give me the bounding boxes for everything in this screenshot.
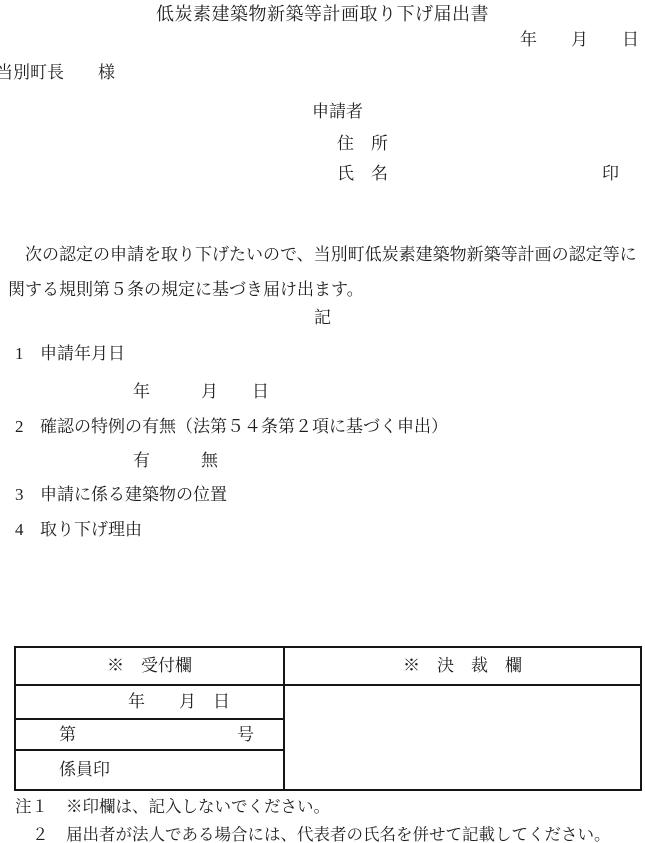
reception-number-cell: 第 号 [16,720,285,751]
form-document: { "document": { "title": "低炭素建築物新築等計画取り下… [0,0,645,843]
body-paragraph-line2: 関する規則第５条の規定に基づき届け出ます。 [8,279,364,301]
approval-body-cell [285,686,640,789]
item-number: 3 [15,484,24,506]
list-item-confirmation-exception: 2 確認の特例の有無（法第５４条第２項に基づく申出） [0,416,645,438]
number-suffix: 号 [237,724,254,746]
number-prefix: 第 [59,724,76,746]
item-label: 申請年月日 [40,343,125,365]
applicant-label: 申請者 [312,101,363,123]
footnote-2: ２ 届出者が法人である場合には、代表者の氏名を併せて記載してください。 [0,824,645,843]
item-label: 取り下げ理由 [40,519,142,541]
header-date-line: 年 月 日 [520,29,639,51]
page-title: 低炭素建築物新築等計画取り下げ届出書 [0,3,645,25]
yes-no-options: 有 無 [133,450,218,472]
list-item-building-location: 3 申請に係る建築物の位置 [0,484,645,506]
applicant-name-label: 氏 名 [337,163,388,185]
staff-seal-cell: 係員印 [16,751,285,789]
body-paragraph-line1: 次の認定の申請を取り下げたいので、当別町低炭素建築物新築等計画の認定等に [8,244,637,266]
reception-date-cell: 年 月 日 [16,686,285,720]
footnote-label: ２ [32,824,49,843]
item-label: 確認の特例の有無（法第５４条第２項に基づく申出） [40,416,448,438]
footnote-text: ※印欄は、記入しないでください。 [66,796,330,818]
item-number: 2 [15,416,24,438]
item-number: 1 [15,343,24,365]
seal-mark: 印 [602,163,619,185]
list-item-withdrawal-reason: 4 取り下げ理由 [0,519,645,541]
application-date-blank: 年 月 日 [133,381,269,403]
footnote-text: 届出者が法人である場合には、代表者の氏名を併せて記載してください。 [66,824,611,843]
item-number: 4 [15,519,24,541]
applicant-address-label: 住 所 [337,133,388,155]
footnote-1: 注１ ※印欄は、記入しないでください。 [0,796,645,818]
reception-approval-table: ※ 受付欄 ※ 決 裁 欄 年 月 日 第 号 係員印 [14,646,642,791]
approval-column-header: ※ 決 裁 欄 [285,648,640,686]
ki-heading: 記 [0,307,645,329]
reception-column-header: ※ 受付欄 [16,648,285,686]
addressee-line: 当別町長 様 [0,62,115,84]
list-item-application-date: 1 申請年月日 [0,343,645,365]
footnote-label: 注１ [15,796,48,818]
item-label: 申請に係る建築物の位置 [40,484,227,506]
